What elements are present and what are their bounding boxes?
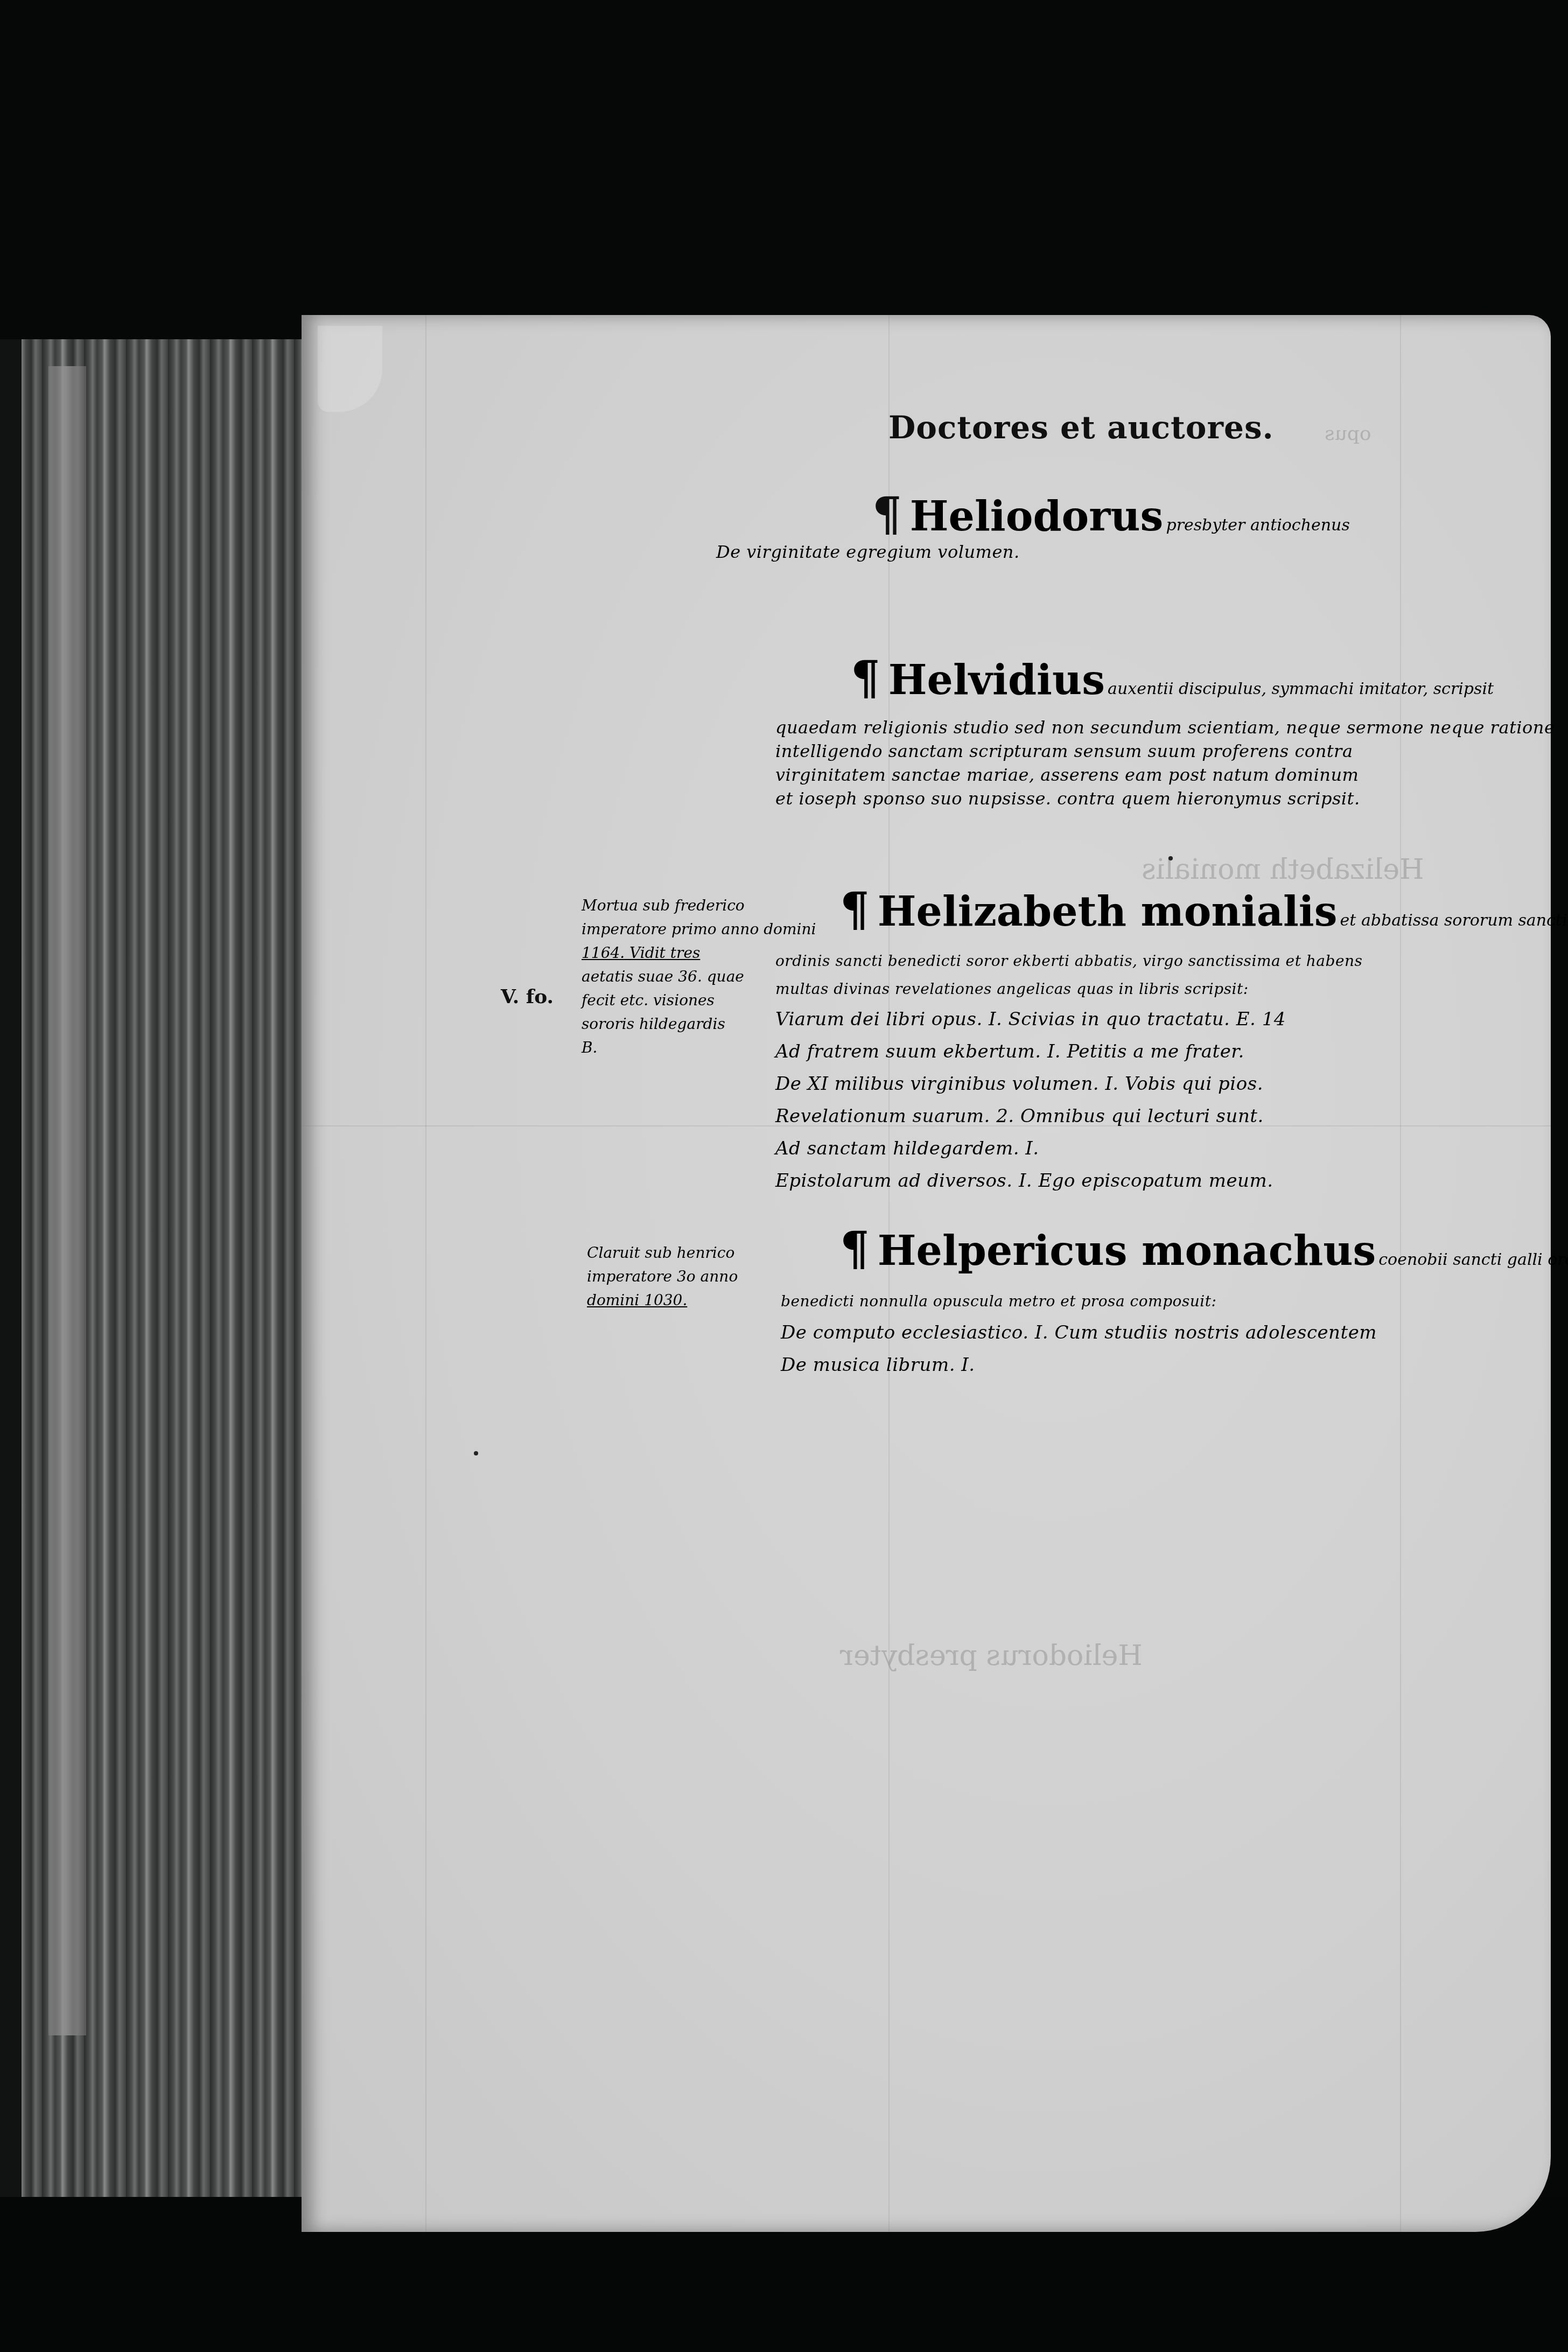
work-line: De computo ecclesiastico. I. Cum studiis… <box>781 1317 1568 1349</box>
book-cover-edge <box>0 339 22 2197</box>
work-line: De musica librum. I. <box>781 1349 1568 1381</box>
show-through-text: opus <box>1325 423 1371 445</box>
entry-name: Helpericus monachus <box>878 1227 1376 1275</box>
entry-line: virginitatem sanctae mariae, asserens ea… <box>775 763 1555 787</box>
entry-title-suffix: presbyter antiochenus <box>1166 516 1349 535</box>
entry-helpericus: ¶ Helpericus monachus coenobii sancti ga… <box>781 1225 1568 1381</box>
ruling-line-vertical <box>425 315 426 2232</box>
entry-line: De virginitate egregium volumen. <box>716 542 1350 562</box>
margin-note-line: Claruit sub henrico <box>587 1241 738 1265</box>
page-heading: Doctores et auctores. <box>888 409 1274 446</box>
show-through-text: Helizabeth monialis <box>1142 853 1424 886</box>
work-line: Epistolarum ad diversos. I. Ego episcopa… <box>775 1165 1567 1197</box>
margin-note-line: Mortua sub frederico <box>582 894 816 918</box>
entry-helizabeth: ¶ Helizabeth monialis et abbatissa soror… <box>775 886 1567 1197</box>
margin-note-line: B. <box>582 1036 816 1060</box>
pilcrow-icon: ¶ <box>840 1222 870 1276</box>
work-line: Viarum dei libri opus. I. Scivias in quo… <box>775 1003 1567 1035</box>
margin-note-line: aetatis suae 36. quae <box>582 965 816 989</box>
work-line: Ad sanctam hildegardem. I. <box>775 1132 1567 1165</box>
margin-note-line: 1164. Vidit tres <box>582 941 816 965</box>
manuscript-page: Helizabeth monialis Heliodorus presbyter… <box>302 315 1551 2232</box>
entry-title-suffix: auxentii discipulus, symmachi imitator, … <box>1108 680 1494 698</box>
work-line: Ad fratrem suum ekbertum. I. Petitis a m… <box>775 1035 1567 1068</box>
ink-speck <box>474 1451 478 1455</box>
entry-line: benedicti nonnulla opuscula metro et pro… <box>781 1286 1568 1317</box>
entry-line: quaedam religionis studio sed non secund… <box>775 716 1555 739</box>
entry-line: ordinis sancti benedicti soror ekberti a… <box>775 947 1567 975</box>
entry-name: Helizabeth monialis <box>878 887 1338 935</box>
show-through-text: Heliodorus presbyter <box>840 1640 1143 1672</box>
margin-note-line: imperatore primo anno domini <box>582 918 816 941</box>
water-stain <box>318 326 382 412</box>
entry-heliodorus: ¶ Heliodorus presbyter antiochenus De vi… <box>716 487 1350 562</box>
work-line: De XI milibus virginibus volumen. I. Vob… <box>775 1068 1567 1100</box>
pilcrow-icon: ¶ <box>840 883 870 937</box>
margin-note-helizabeth: Mortua sub frederico imperatore primo an… <box>582 894 816 1060</box>
book-fore-edge <box>0 339 305 2197</box>
entry-line: multas divinas revelationes angelicas qu… <box>775 975 1567 1003</box>
margin-note-line: imperatore 3o anno <box>587 1265 738 1289</box>
margin-note-helpericus: Claruit sub henrico imperatore 3o anno d… <box>587 1241 738 1312</box>
margin-note-line: domini 1030. <box>587 1289 738 1312</box>
margin-siglum: V. fo. <box>501 985 554 1008</box>
ink-speck <box>1168 856 1173 860</box>
entry-title-suffix: coenobii sancti galli ordinis sancti <box>1378 1250 1568 1269</box>
margin-note-line: fecit etc. visiones <box>582 989 816 1012</box>
work-line: Revelationum suarum. 2. Omnibus qui lect… <box>775 1100 1567 1132</box>
entry-title-suffix: et abbatissa sororum sancti <box>1340 911 1567 930</box>
margin-note-line: sororis hildegardis <box>582 1012 816 1036</box>
entry-name: Heliodorus <box>910 492 1164 540</box>
pilcrow-icon: ¶ <box>851 651 880 705</box>
pilcrow-icon: ¶ <box>872 487 902 542</box>
entry-name: Helvidius <box>888 656 1105 704</box>
inserted-slip <box>48 366 86 2035</box>
entry-line: et ioseph sponso suo nupsisse. contra qu… <box>775 787 1555 810</box>
entry-helvidius: ¶ Helvidius auxentii discipulus, symmach… <box>775 654 1555 810</box>
entry-line: intelligendo sanctam scripturam sensum s… <box>775 739 1555 763</box>
